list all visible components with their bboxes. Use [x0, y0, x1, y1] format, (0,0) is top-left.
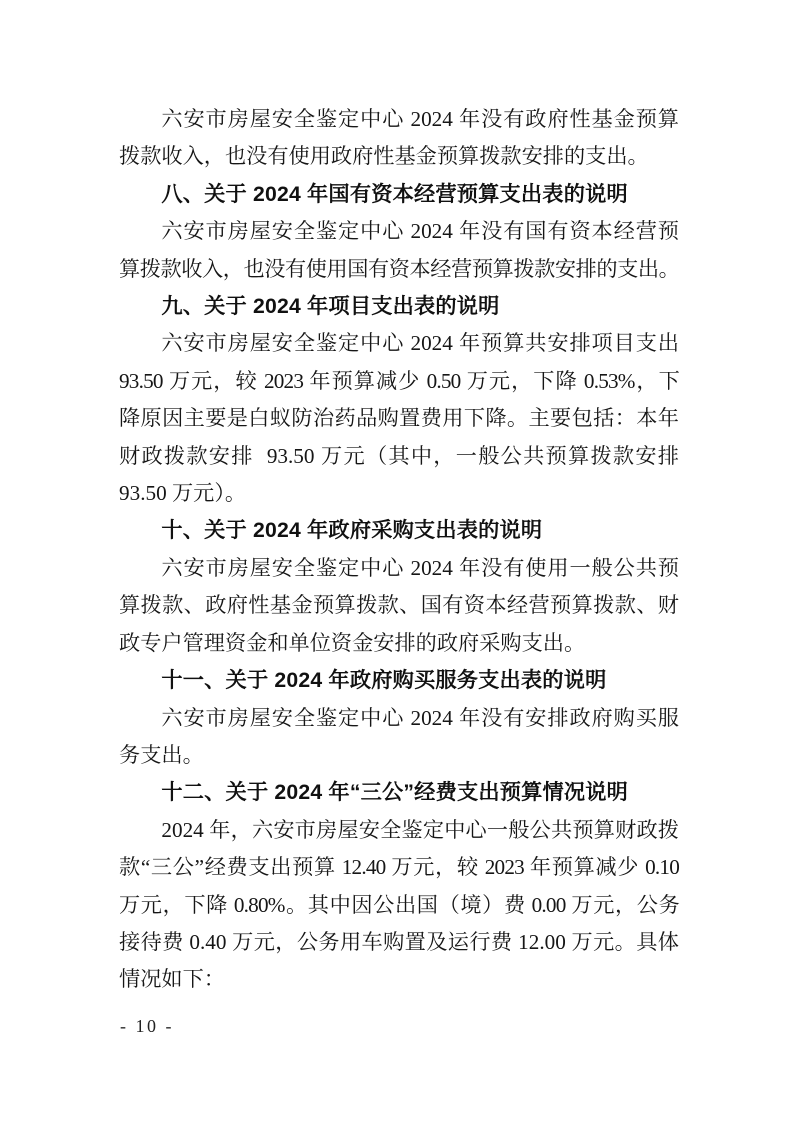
document-page: 六安市房屋安全鉴定中心 2024 年没有政府性基金预算 拨款收入，也没有使用政府… [0, 0, 793, 1122]
text-line: 务支出。 [119, 737, 679, 774]
text-line: 款“三公”经费支出预算 12.40 万元，较 2023 年预算减少 0.10 [119, 849, 679, 886]
text-line: 2024 年，六安市房屋安全鉴定中心一般公共预算财政拨 [119, 812, 679, 849]
paragraph: 2024 年，六安市房屋安全鉴定中心一般公共预算财政拨 款“三公”经费支出预算 … [119, 812, 679, 999]
heading-line: 八、关于 2024 年国有资本经营预算支出表的说明 [119, 176, 679, 213]
text-line: 93.50 万元）。 [119, 475, 679, 512]
text-line: 降原因主要是白蚁防治药品购置费用下降。主要包括：本年 [119, 400, 679, 437]
paragraph: 六安市房屋安全鉴定中心 2024 年没有使用一般公共预 算拨款、政府性基金预算拨… [119, 550, 679, 662]
text-line: 六安市房屋安全鉴定中心 2024 年没有国有资本经营预 [119, 213, 679, 250]
text-line: 情况如下： [119, 961, 679, 998]
text-line: 六安市房屋安全鉴定中心 2024 年没有政府性基金预算 [119, 101, 679, 138]
paragraph: 六安市房屋安全鉴定中心 2024 年没有安排政府购买服 务支出。 [119, 700, 679, 775]
text-line: 算拨款收入，也没有使用国有资本经营预算拨款安排的支出。 [119, 251, 679, 288]
paragraph: 六安市房屋安全鉴定中心 2024 年预算共安排项目支出 93.50 万元，较 2… [119, 325, 679, 512]
text-line: 政专户管理资金和单位资金安排的政府采购支出。 [119, 625, 679, 662]
text-line: 拨款收入，也没有使用政府性基金预算拨款安排的支出。 [119, 138, 679, 175]
heading-line: 十、关于 2024 年政府采购支出表的说明 [119, 512, 679, 549]
document-body: 六安市房屋安全鉴定中心 2024 年没有政府性基金预算 拨款收入，也没有使用政府… [119, 101, 679, 999]
text-line: 财政拨款安排 93.50 万元（其中，一般公共预算拨款安排 [119, 438, 679, 475]
page-number: - 10 - [120, 1012, 174, 1040]
heading-line: 十一、关于 2024 年政府购买服务支出表的说明 [119, 662, 679, 699]
section-heading: 八、关于 2024 年国有资本经营预算支出表的说明 [119, 176, 679, 213]
heading-line: 十二、关于 2024 年“三公”经费支出预算情况说明 [119, 774, 679, 811]
text-line: 万元，下降 0.80%。其中因公出国（境）费 0.00 万元，公务 [119, 887, 679, 924]
heading-line: 九、关于 2024 年项目支出表的说明 [119, 288, 679, 325]
paragraph: 六安市房屋安全鉴定中心 2024 年没有国有资本经营预 算拨款收入，也没有使用国… [119, 213, 679, 288]
paragraph: 六安市房屋安全鉴定中心 2024 年没有政府性基金预算 拨款收入，也没有使用政府… [119, 101, 679, 176]
section-heading: 十一、关于 2024 年政府购买服务支出表的说明 [119, 662, 679, 699]
text-line: 接待费 0.40 万元，公务用车购置及运行费 12.00 万元。具体 [119, 924, 679, 961]
text-line: 六安市房屋安全鉴定中心 2024 年预算共安排项目支出 [119, 325, 679, 362]
section-heading: 十二、关于 2024 年“三公”经费支出预算情况说明 [119, 774, 679, 811]
section-heading: 九、关于 2024 年项目支出表的说明 [119, 288, 679, 325]
text-line: 93.50 万元，较 2023 年预算减少 0.50 万元，下降 0.53%，下 [119, 363, 679, 400]
section-heading: 十、关于 2024 年政府采购支出表的说明 [119, 512, 679, 549]
text-line: 六安市房屋安全鉴定中心 2024 年没有使用一般公共预 [119, 550, 679, 587]
text-line: 六安市房屋安全鉴定中心 2024 年没有安排政府购买服 [119, 700, 679, 737]
text-line: 算拨款、政府性基金预算拨款、国有资本经营预算拨款、财 [119, 587, 679, 624]
